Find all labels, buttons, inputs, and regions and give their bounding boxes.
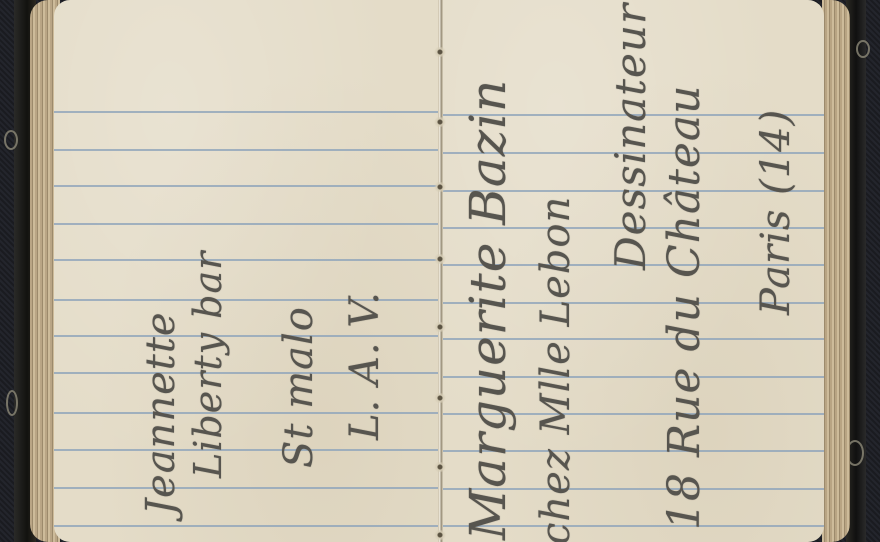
binding-stitch — [433, 322, 447, 332]
handwritten-street-address: 18 Rue du Château — [659, 85, 710, 530]
binding-stitch — [433, 530, 447, 540]
loose-thread — [4, 130, 18, 150]
handwritten-name: Jeannette — [138, 311, 184, 515]
rule-line — [54, 111, 439, 113]
handwritten-place: Liberty bar — [186, 251, 230, 478]
rule-line — [54, 525, 439, 527]
binding-stitch — [433, 182, 447, 192]
rule-line — [54, 223, 439, 225]
handwritten-care-of: chez Mlle Lebon — [533, 196, 579, 542]
binding-stitch — [433, 117, 447, 127]
left-page: Jeannette Liberty bar St malo L. A. V. — [54, 0, 439, 542]
rule-line — [54, 185, 439, 187]
binding-stitch — [433, 462, 447, 472]
rule-line — [54, 449, 439, 451]
page-edges-right — [822, 0, 850, 542]
binding-stitch — [433, 47, 447, 57]
handwritten-city: Paris (14) — [753, 109, 799, 315]
rule-line — [54, 259, 439, 261]
handwritten-town: St malo — [276, 306, 322, 468]
right-page: Marguerite Bazin chez Mlle Lebon Dessina… — [441, 0, 824, 542]
rule-line — [54, 149, 439, 151]
handwritten-initials: L. A. V. — [342, 291, 388, 440]
loose-thread — [856, 40, 870, 58]
binding-stitch — [433, 393, 447, 403]
binding-stitch — [433, 254, 447, 264]
loose-thread — [6, 390, 18, 416]
handwritten-occupation: Dessinateur — [606, 3, 655, 270]
rule-line — [54, 487, 439, 489]
handwritten-person-name: Marguerite Bazin — [459, 79, 517, 540]
binding-spine — [438, 0, 443, 542]
